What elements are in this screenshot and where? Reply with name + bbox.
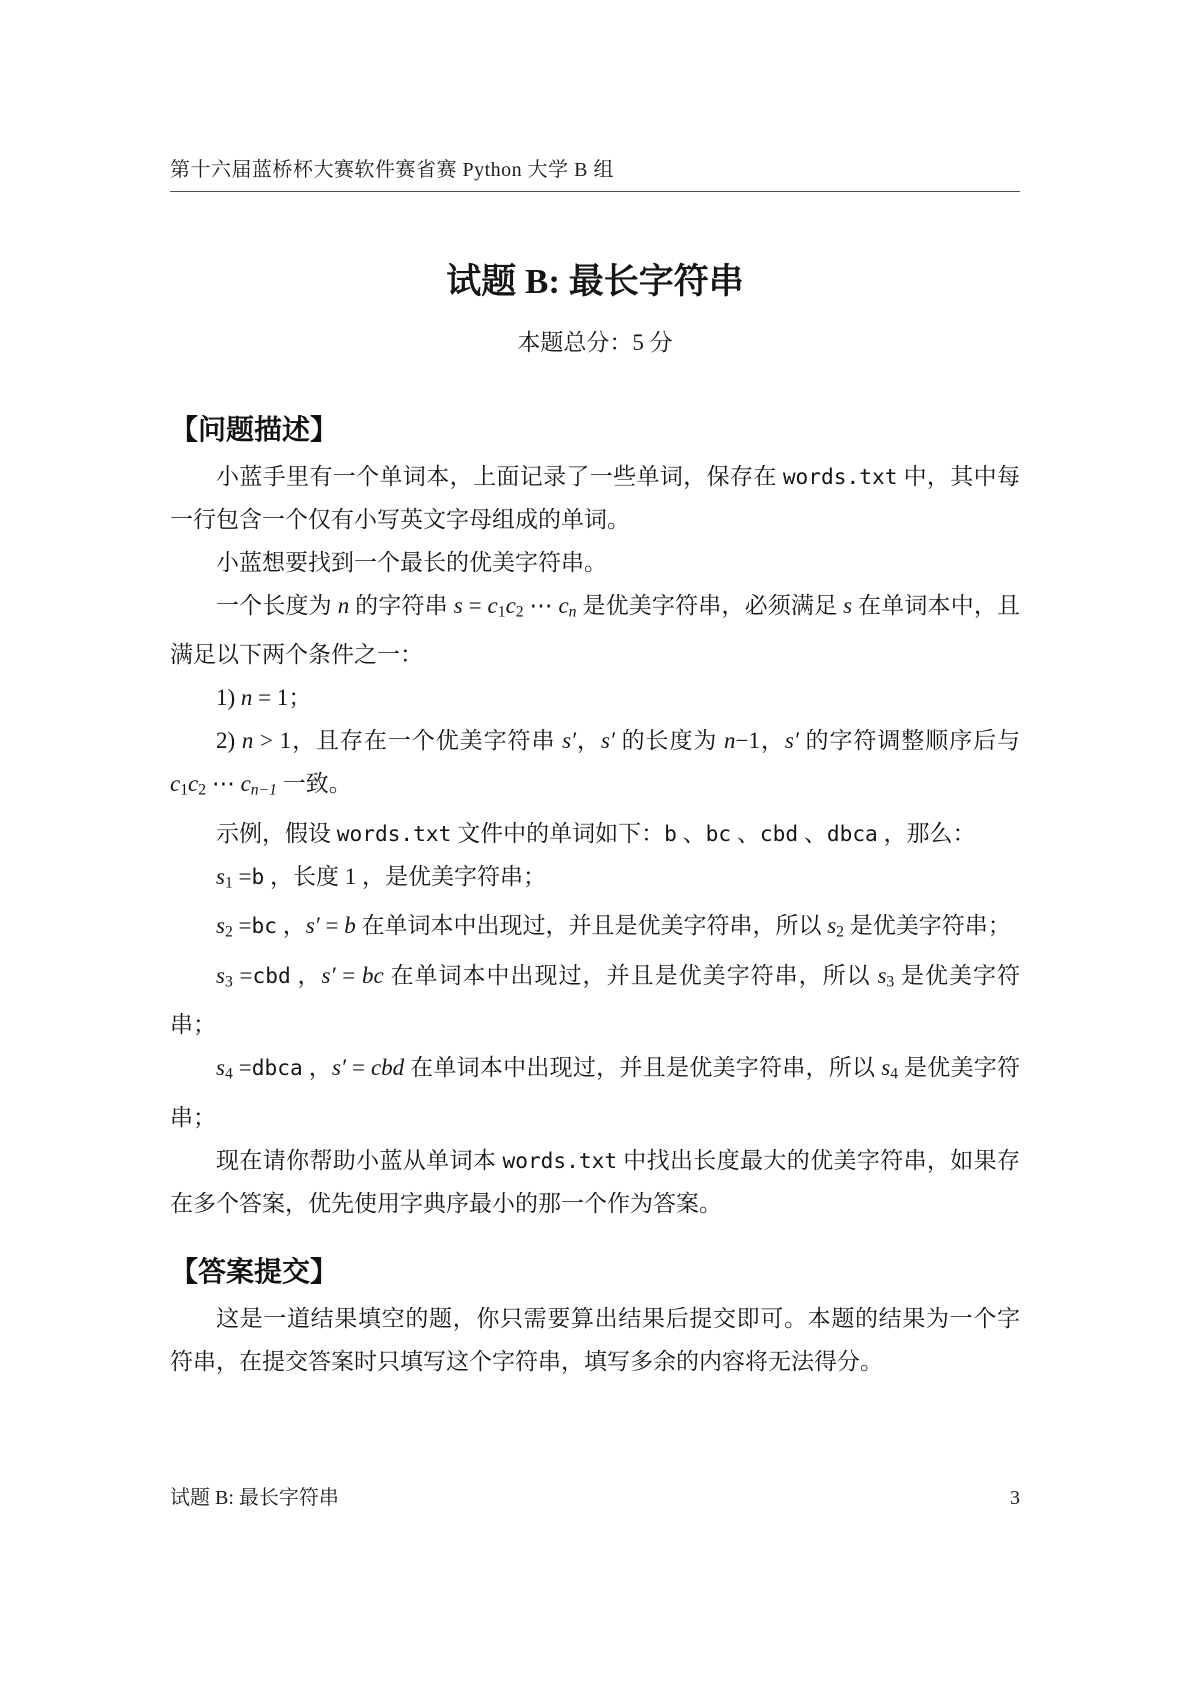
text-run: cbd (760, 821, 798, 846)
paragraph-example-s1: s1 =b ，长度 1 ，是优美字符串； (170, 855, 1020, 904)
text-run: s′ (322, 963, 336, 988)
text-run: ， (760, 728, 785, 753)
text-run: s (216, 864, 225, 889)
text-run: n (338, 593, 350, 618)
text-run: 是优美字符串； (844, 913, 1011, 938)
text-run: c (188, 771, 198, 796)
text-run: n−1 (251, 782, 277, 799)
section-body: 小蓝手里有一个单词本，上面记录了一些单词，保存在 words.txt 中，其中每… (170, 455, 1020, 1225)
text-run: 一个长度为 (216, 593, 338, 618)
total-score-subtitle: 本题总分：5 分 (170, 328, 1020, 357)
text-run: 1) (216, 685, 241, 710)
text-run: 示例，假设 (216, 821, 337, 846)
text-run: s′ (332, 1055, 346, 1080)
text-run: 在单词本中出现过，并且是优美字符串，所以 (384, 963, 878, 988)
paragraph-condition-2: 2) n > 1，且存在一个优美字符串 s′，s′ 的长度为 n−1，s′ 的字… (170, 719, 1020, 811)
text-run: n (724, 728, 736, 753)
text-run: cbd (371, 1055, 404, 1080)
text-run: s (881, 1055, 890, 1080)
text-run: s′ (785, 728, 799, 753)
text-run: 的字符调整顺序后与 (799, 728, 1020, 753)
text-run: > 1 (253, 728, 291, 753)
text-run: words.txt (783, 464, 898, 489)
text-run: 在单词本中出现过，并且是优美字符串，所以 (404, 1055, 881, 1080)
paragraph-submission-note: 这是一道结果填空的题，你只需要算出结果后提交即可。本题的结果为一个字符串，在提交… (170, 1297, 1020, 1383)
section-heading-answer-submission: 【答案提交】 (170, 1255, 1020, 1289)
text-run: words.txt (337, 821, 452, 846)
text-run: cbd (253, 963, 291, 988)
text-run: ，且存在一个优美字符串 (291, 728, 562, 753)
paragraph-example-s3: s3 =cbd ，s′ = bc 在单词本中出现过，并且是优美字符串，所以 s3… (170, 954, 1020, 1046)
paragraph-task: 现在请你帮助小蓝从单词本 words.txt 中找出长度最大的优美字符串，如果存… (170, 1139, 1020, 1225)
text-run: ⋯ (524, 593, 559, 618)
text-run: s (216, 963, 225, 988)
section-body: 这是一道结果填空的题，你只需要算出结果后提交即可。本题的结果为一个字符串，在提交… (170, 1297, 1020, 1383)
text-run: s (216, 913, 225, 938)
text-run: ⋯ (206, 771, 241, 796)
text-run: ； (288, 685, 311, 710)
page-footer: 试题 B: 最长字符串 3 (170, 1486, 1020, 1510)
text-run: = (233, 913, 252, 938)
header-rule (170, 191, 1020, 192)
text-run: = (463, 593, 488, 618)
text-run: 的字符串 (349, 593, 454, 618)
text-run: 2) (216, 728, 242, 753)
text-run: ， (291, 963, 322, 988)
page-title: 试题 B: 最长字符串 (170, 262, 1020, 302)
text-run: ，那么： (878, 821, 976, 846)
text-run: b (664, 821, 677, 846)
paragraph: 一个长度为 n 的字符串 s = c1c2 ⋯ cn 是优美字符串，必须满足 s… (170, 584, 1020, 676)
section-problem-description: 【问题描述】 小蓝手里有一个单词本，上面记录了一些单词，保存在 words.tx… (170, 413, 1020, 1225)
text-run: = (233, 864, 252, 889)
text-run: s (843, 593, 852, 618)
text-run: 、 (731, 821, 760, 846)
text-run: 4 (225, 1066, 233, 1083)
text-run: n (241, 685, 253, 710)
page-number: 3 (1010, 1486, 1020, 1510)
text-run: 1 (498, 603, 506, 620)
text-run: bc (362, 963, 384, 988)
section-heading-problem-description: 【问题描述】 (170, 413, 1020, 447)
text-run: b (252, 864, 265, 889)
text-run: ， (303, 1055, 332, 1080)
header-text: 第十六届蓝桥杯大赛软件赛省赛 Python 大学 B 组 (170, 158, 1020, 182)
text-run: s (454, 593, 463, 618)
text-run: ， (576, 728, 601, 753)
text-run: = (320, 913, 344, 938)
text-run: bc (252, 913, 277, 938)
paragraph: 小蓝想要找到一个最长的优美字符串。 (170, 541, 1020, 584)
text-run: 文件中的单词如下： (451, 821, 664, 846)
text-run: = (233, 1055, 252, 1080)
text-run: 小蓝手里有一个单词本，上面记录了一些单词，保存在 (216, 464, 783, 489)
text-run: c (170, 771, 180, 796)
paragraph: 小蓝手里有一个单词本，上面记录了一些单词，保存在 words.txt 中，其中每… (170, 455, 1020, 541)
text-run: 、 (798, 821, 827, 846)
text-run: ， (277, 913, 306, 938)
text-run: = (346, 1055, 371, 1080)
text-run: c (241, 771, 251, 796)
text-run: b (344, 913, 356, 938)
text-run: 在单词本中出现过，并且是优美字符串，所以 (356, 913, 828, 938)
text-run: = (335, 963, 362, 988)
text-run: 这是一道结果填空的题，你只需要算出结果后提交即可。本题的结果为一个字符串，在提交… (170, 1306, 1020, 1374)
text-run: words.txt (502, 1148, 617, 1173)
section-answer-submission: 【答案提交】 这是一道结果填空的题，你只需要算出结果后提交即可。本题的结果为一个… (170, 1255, 1020, 1383)
running-header: 第十六届蓝桥杯大赛软件赛省赛 Python 大学 B 组 (170, 158, 1020, 192)
text-run: c (488, 593, 498, 618)
text-run: 的长度为 (615, 728, 724, 753)
text-run: s′ (562, 728, 576, 753)
text-run: s (216, 1055, 225, 1080)
text-run: s′ (601, 728, 615, 753)
text-run: s (827, 913, 836, 938)
text-run: 3 (225, 973, 233, 990)
text-run: −1 (736, 728, 760, 753)
text-run: 4 (890, 1066, 898, 1083)
text-run: 一致。 (277, 771, 352, 796)
text-run: = (233, 963, 253, 988)
text-run: c (558, 593, 568, 618)
text-run: 小蓝想要找到一个最长的优美字符串。 (216, 550, 607, 575)
text-run: n (242, 728, 254, 753)
text-run: 2 (836, 924, 844, 941)
text-run: c (506, 593, 516, 618)
document-page: 第十六届蓝桥杯大赛软件赛省赛 Python 大学 B 组 试题 B: 最长字符串… (0, 0, 1190, 1683)
text-run: dbca (252, 1055, 303, 1080)
text-run: 现在请你帮助小蓝从单词本 (216, 1148, 502, 1173)
text-run: dbca (827, 821, 878, 846)
footer-title: 试题 B: 最长字符串 (170, 1486, 339, 1510)
paragraph-condition-1: 1) n = 1； (170, 676, 1020, 719)
text-run: 1 (225, 874, 233, 891)
text-run: s′ (306, 913, 320, 938)
text-run: = 1 (252, 685, 288, 710)
text-run: 是优美字符串，必须满足 (576, 593, 843, 618)
text-run: ，长度 1 ，是优美字符串； (264, 864, 546, 889)
text-run: bc (706, 821, 731, 846)
text-run: 2 (198, 782, 206, 799)
text-run: 2 (225, 924, 233, 941)
text-run: 1 (180, 782, 188, 799)
paragraph-example-s2: s2 =bc ，s′ = b 在单词本中出现过，并且是优美字符串，所以 s2 是… (170, 904, 1020, 953)
text-run: 2 (516, 603, 524, 620)
text-run: 、 (677, 821, 706, 846)
paragraph-example-s4: s4 =dbca ，s′ = cbd 在单词本中出现过，并且是优美字符串，所以 … (170, 1046, 1020, 1138)
paragraph-example-intro: 示例，假设 words.txt 文件中的单词如下：b 、bc 、cbd 、dbc… (170, 812, 1020, 855)
